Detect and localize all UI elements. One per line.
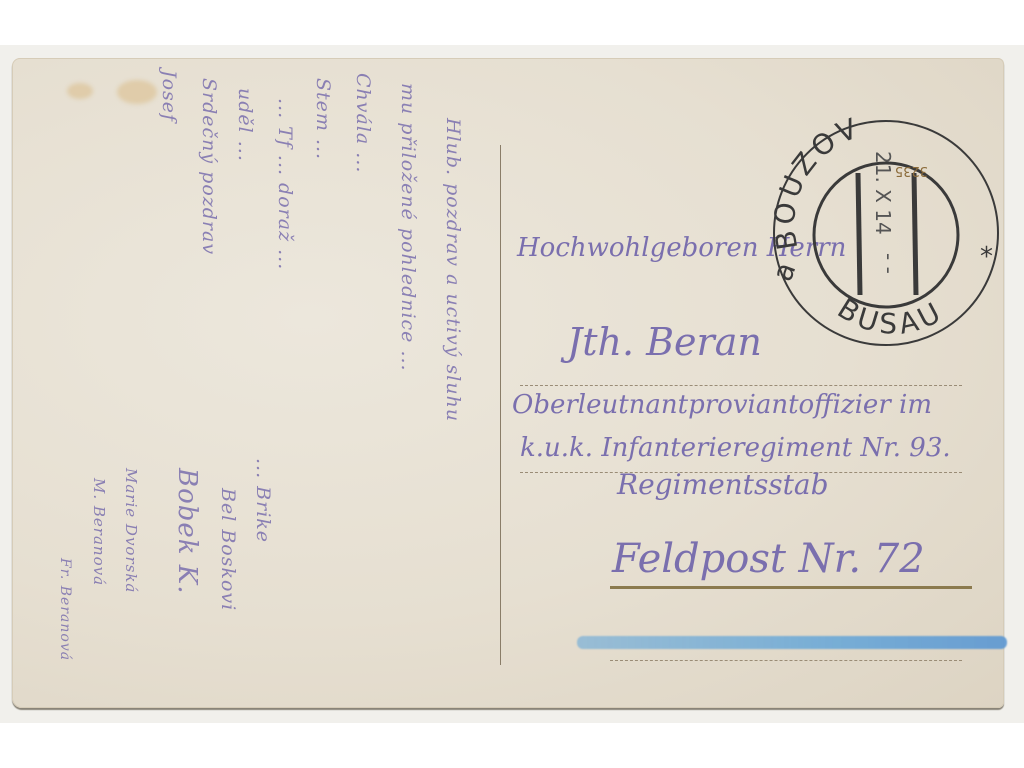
postmark-letter: a — [766, 258, 802, 285]
stain — [117, 80, 157, 104]
postcard: Josef Srdečný pozdrav uděl ... ... Tf ..… — [12, 58, 1004, 708]
postmark-number: 3235 — [895, 163, 928, 178]
message-line: uděl ... — [234, 88, 256, 162]
postmark-town: BOUZOV — [768, 113, 866, 252]
postmark-dashes: - - — [877, 253, 901, 274]
address-feldpost: Feldpost Nr. 72 — [612, 536, 925, 582]
message-line: ... Brike — [252, 458, 274, 543]
address-name: Jth. Beran — [567, 320, 762, 364]
message-line: Srdečný pozdrav — [198, 78, 220, 255]
address-line — [520, 385, 962, 386]
signature: Bobek K. — [172, 468, 202, 595]
message-line: Stem ... — [312, 78, 334, 160]
message-line: mu přiložené pohlednice ... — [397, 83, 419, 372]
address-line — [610, 660, 962, 661]
blue-pencil-mark — [577, 636, 1007, 649]
postmark: BOUZOV BUSAU a * 21. X 14 - - 3235 — [766, 113, 1006, 353]
svg-text:BUSAU: BUSAU — [832, 292, 949, 341]
signature: Fr. Beranová — [57, 558, 73, 661]
message-line: Chvála ... — [352, 73, 374, 173]
address-rank: Oberleutnantproviantoffizier im — [512, 390, 932, 420]
message-line: Josef — [158, 70, 180, 122]
underline — [610, 586, 972, 589]
message-line: ... Tf ... doraž ... — [274, 98, 296, 270]
postmark-star: * — [980, 242, 993, 272]
postmark-date: 21. X 14 — [871, 151, 895, 235]
postmark-district: BUSAU — [832, 292, 949, 341]
signature: M. Beranová — [90, 478, 108, 586]
stain — [67, 83, 93, 99]
message-line: Hlub. pozdrav a uctivý sluhu — [442, 118, 464, 422]
address-staff: Regimentsstab — [617, 468, 829, 501]
svg-text:BOUZOV: BOUZOV — [768, 113, 866, 252]
address-unit: k.u.k. Infanterieregiment Nr. 93. — [520, 433, 951, 463]
center-divider — [500, 145, 501, 665]
signature: Bel Boskovi — [217, 488, 239, 611]
signature: Marie Dvorská — [122, 468, 140, 593]
